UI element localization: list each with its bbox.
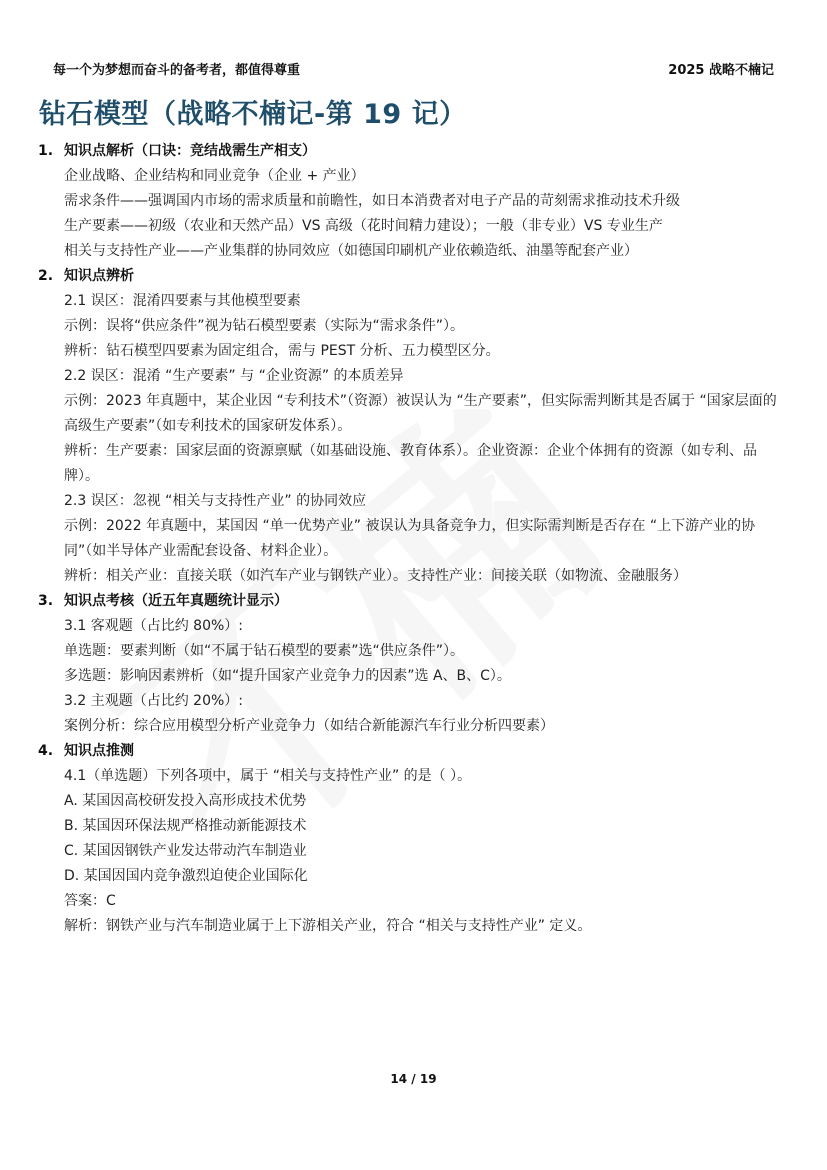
section-title: 知识点解析（口诀：竞结战需生产相支） (64, 139, 316, 164)
section-number: 3. (38, 589, 64, 614)
text-line: 3.1 客观题（占比约 80%）: (38, 614, 790, 639)
section-title: 知识点推测 (64, 739, 134, 764)
option-c: C. 某国因钢铁产业发达带动汽车制造业 (38, 839, 790, 864)
section-number: 4. (38, 739, 64, 764)
section-heading-1: 1. 知识点解析（口诀：竞结战需生产相支） (38, 139, 790, 164)
text-line: 生产要素——初级（农业和天然产品）VS 高级（花时间精力建设）；一般（非专业）V… (38, 214, 790, 239)
page-number: 14 / 19 (0, 1072, 827, 1086)
option-a: A. 某国因高校研发投入高形成技术优势 (38, 789, 790, 814)
text-line: 需求条件——强调国内市场的需求质量和前瞻性，如日本消费者对电子产品的苛刻需求推动… (38, 189, 790, 214)
section-number: 2. (38, 264, 64, 289)
page-header: 每一个为梦想而奋斗的备考者，都值得尊重 2025 战略不楠记 (0, 59, 827, 79)
document-body: 1. 知识点解析（口诀：竞结战需生产相支） 企业战略、企业结构和同业竞争（企业 … (38, 139, 790, 939)
text-line: 2.1 误区：混淆四要素与其他模型要素 (38, 289, 790, 314)
answer: 答案：C (38, 889, 790, 914)
section-heading-3: 3. 知识点考核（近五年真题统计显示） (38, 589, 790, 614)
option-d: D. 某国因国内竞争激烈迫使企业国际化 (38, 864, 790, 889)
text-line: 示例：2022 年真题中，某国因 “单一优势产业” 被误认为具备竞争力，但实际需… (38, 514, 790, 564)
text-line: 示例：误将“供应条件”视为钻石模型要素（实际为“需求条件”）。 (38, 314, 790, 339)
section-number: 1. (38, 139, 64, 164)
page-title: 钻石模型（战略不楠记-第 19 记） (39, 92, 467, 131)
header-series-title: 2025 战略不楠记 (668, 59, 774, 78)
header-motto: 每一个为梦想而奋斗的备考者，都值得尊重 (53, 59, 300, 78)
text-line: 多选题：影响因素辨析（如“提升国家产业竞争力的因素”选 A、B、C）。 (38, 664, 790, 689)
option-b: B. 某国因环保法规严格推动新能源技术 (38, 814, 790, 839)
text-line: 2.2 误区：混淆 “生产要素” 与 “企业资源” 的本质差异 (38, 364, 790, 389)
explanation: 解析：钢铁产业与汽车制造业属于上下游相关产业，符合 “相关与支持性产业” 定义。 (38, 914, 790, 939)
section-title: 知识点辨析 (64, 264, 134, 289)
text-line: 单选题：要素判断（如“不属于钻石模型的要素”选“供应条件”）。 (38, 639, 790, 664)
text-line: 辨析：相关产业：直接关联（如汽车产业与钢铁产业）。支持性产业：间接关联（如物流、… (38, 564, 790, 589)
section-heading-4: 4. 知识点推测 (38, 739, 790, 764)
text-line: 相关与支持性产业——产业集群的协同效应（如德国印刷机产业依赖造纸、油墨等配套产业… (38, 239, 790, 264)
text-line: 示例：2023 年真题中，某企业因 “专利技术”（资源）被误认为 “生产要素”，… (38, 389, 790, 439)
text-line: 辨析：钻石模型四要素为固定组合，需与 PEST 分析、五力模型区分。 (38, 339, 790, 364)
section-heading-2: 2. 知识点辨析 (38, 264, 790, 289)
text-line: 2.3 误区：忽视 “相关与支持性产业” 的协同效应 (38, 489, 790, 514)
text-line: 案例分析：综合应用模型分析产业竞争力（如结合新能源汽车行业分析四要素） (38, 714, 790, 739)
text-line: 辨析：生产要素：国家层面的资源禀赋（如基础设施、教育体系）。企业资源：企业个体拥… (38, 439, 790, 489)
text-line: 3.2 主观题（占比约 20%）: (38, 689, 790, 714)
section-title: 知识点考核（近五年真题统计显示） (64, 589, 288, 614)
question-stem: 4.1（单选题）下列各项中，属于 “相关与支持性产业” 的是（ ）。 (38, 764, 790, 789)
text-line: 企业战略、企业结构和同业竞争（企业 + 产业） (38, 164, 790, 189)
